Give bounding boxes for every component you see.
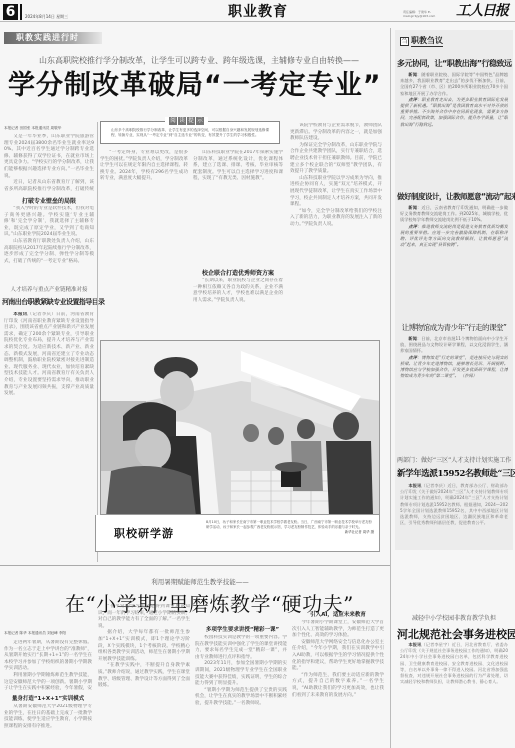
reading-digest-box: 阅 读 提 示 山东多个高职院校推行学分制改革，让学生有更多的选择空间，可以根据… xyxy=(100,121,280,144)
cooking-class-photo xyxy=(101,341,380,515)
dateline: 本报讯 xyxy=(13,312,27,317)
paragraph: “暑期小学期为师范生提供了宝贵的实践机会，让学生在真实的教学场景中不断积累经验，… xyxy=(195,688,287,708)
sidebar-label: 职教刍议 xyxy=(411,36,443,47)
paragraph: 山东科技职业学院以学习成果为导向，推进校企协同育人，实施“双元”培养模式，开展现… xyxy=(290,176,382,209)
digest-char: 阅 xyxy=(169,117,177,125)
bottom-col3: 校园科技实训是教学的一项重要内容。学院在教学技能实训中强化了学生的课堂讲授能力，… xyxy=(195,635,287,748)
paragraph: “在教学实践中，不断提升自身教学素质。”教师介绍说，通过教学实践，学生在课堂教学… xyxy=(98,663,190,689)
right1-headline: 新学年选派15952名教师赴“三区” xyxy=(397,467,511,479)
section-title: 职业教育 xyxy=(228,4,288,20)
comment-label: 点评 xyxy=(408,224,417,229)
paragraph: “如今，完全学分制改革给我们的学校注入了新的活力，为职业教育的发展注入了新的动力… xyxy=(290,209,382,229)
paragraph: 为保证完全学分制改革，山东职业学院与合作企业共建教学团队，实行专兼职结合，选聘企… xyxy=(290,143,382,176)
sidebar-header: 刍 职教刍议 xyxy=(400,36,443,47)
paragraph: 据介绍，大学每年都有一批师范生参加“1+X+1”实训模式，即1个理论学习阶段，X… xyxy=(98,630,190,663)
paragraph: 利用暑期小学期锤炼师范生教学技能，这是安徽师范大学的一项创新。暑期小学期子让学生… xyxy=(4,673,92,690)
sidebar-credit: （沙闻） xyxy=(460,373,477,378)
paragraph: （记者李庆）近日，教育部办公厅、财政部办公厅印发《关于做好2024年“三区”人才… xyxy=(400,483,508,525)
paragraph: ：博物馆是“行走的课堂”，是连接历史与现实的桥梁。让青少年走进博物馆，能够增长见… xyxy=(400,355,508,379)
bottom-subhead-1: 量身打造“1+X+1”实训模式 xyxy=(4,694,92,702)
sidebar-item-2-body: 新闻：近日，云南省教育厅印发通知，明确进一步做好义务教育教师交流轮岗工作。到20… xyxy=(400,205,508,315)
page-number-bar xyxy=(20,4,22,20)
column-divider xyxy=(97,122,98,562)
paragraph: 今年暑期小学期课堂上，安徽师范大学首次引入人工智能辅助教学，为师范生打造了更加个… xyxy=(292,620,384,640)
sidebar-item-1-body: 新闻：随着职业院校、国际学院等“中国特色”品牌越来越多，我国职业教育“走出去”的… xyxy=(400,72,508,184)
dateline: 本报讯 xyxy=(408,483,421,488)
paragraph: （记者李庆）日前，河南省教育厅印发《河南省职业教育紧缺专业设置指导目录》，围绕该… xyxy=(4,312,94,396)
masthead-logo: 工人日报 xyxy=(456,3,508,19)
right2-headline: 河北规范社会事务进校园 xyxy=(397,626,511,642)
right1-kicker: 两部门：做好“三区”人才支持计划实施工作 xyxy=(397,455,511,464)
sidebar-item-3-body: 新闻：日前，北京市首批11个博物馆面向中小学生开放，围绕展品与文物设计研学课程，… xyxy=(400,336,508,444)
main-col2-top: “一考定终身，专业难以更改，是很多学生的困扰。”学院负责人介绍，学分制改革让学生… xyxy=(100,150,188,280)
paragraph: ：推进教师交流轮岗是促进义务教育优质均衡发展的重要举措。应进一步完善激励保障机制… xyxy=(400,224,508,248)
main-subhead-2: 校企联合打造优秀师资方案 xyxy=(193,268,283,277)
section-banner-label: 职教实践进行时 xyxy=(16,33,79,43)
paragraph: 校园科技实训是教学的一项重要内容。学院在教学技能实训中强化了学生的课堂讲授能力，… xyxy=(195,635,287,661)
paragraph: 近日，记者从山东省教育厅了解到，该省多所高职院校推行学分制改革，打破传统教学模式… xyxy=(4,180,94,192)
right1-body: 本报讯（记者李庆）近日，教育部办公厅、财政部办公厅印发《关于做好2024年“三区… xyxy=(400,483,508,583)
bottom-subhead-2: 多项学生要求讲授“精彩一课” xyxy=(195,625,290,633)
main-headline: 学分制改革破局“一考定专业” xyxy=(8,70,388,102)
section-banner: 职教实践进行时 xyxy=(4,32,102,44)
digest-char: 示 xyxy=(196,117,204,125)
paragraph: ：近日，云南省教育厅印发通知，明确进一步做好义务教育教师交流轮岗工作。到2025… xyxy=(400,205,508,222)
page-header: 6 2024年8月14日 星期三 职业教育 责任编辑：于建华 E-mail:gr… xyxy=(0,0,515,22)
paragraph: 山东省教育厅职教处负责人介绍，山东高职院校从2017年起陆续推行学分制改革，逐步… xyxy=(4,239,94,265)
main-col3-top: 山东科技职业学院在2017年探索实施学分制改革，通过系统化设计，优化课程体系，建… xyxy=(193,150,283,250)
caption-text: 8月10日，孩子和家长在南宁市第一职业技术学校学做老友粉。当日，广西南宁市第一职… xyxy=(206,520,372,529)
henan-headline: 河南出台职教紧缺专业设置指导目录 xyxy=(2,297,97,307)
column-logo-icon: 刍 xyxy=(400,37,409,46)
paragraph: （记者李星宇）近日，河北省教育厅、省委办公厅印发《关于规范社会事务进校园工作的通… xyxy=(400,642,508,684)
digest-char: 读 xyxy=(178,117,186,125)
dateline: 本报讯 xyxy=(408,642,421,647)
reading-digest-label: 阅 读 提 示 xyxy=(165,117,208,125)
henan-kicker: 人才培养与重点产业链精准对接 xyxy=(4,285,94,293)
sidebar-headline-1: 多元协同，让“职教出海”行稳致远 xyxy=(397,58,511,69)
news-photo xyxy=(100,340,380,515)
henan-body: 本报讯（记者李庆）日前，河南省教育厅印发《河南省职业教育紧缺专业设置指导目录》，… xyxy=(4,312,94,512)
right2-body: 本报讯（记者李星宇）近日，河北省教育厅、省委办公厅印发《关于规范社会事务进校园工… xyxy=(400,642,508,746)
news-label: 新闻 xyxy=(408,336,417,341)
paragraph: 又是一年毕业季，山东职业学院旅游管理专业2024届3800余名毕业生就业率达90… xyxy=(4,134,94,180)
main-col1-top: 又是一年毕业季，山东职业学院旅游管理专业2024届3800余名毕业生就业率达90… xyxy=(4,134,94,192)
paragraph: 从暑期安徽师范大学2021级物理学专业的学生，在往日的基础上完成了一批教学技能训… xyxy=(4,704,92,730)
main-col4: 该院学校教育与企业需求脱节，教师团队更新滞后。学分制改革的内容之一，就是加强教师… xyxy=(290,123,382,336)
photo-credit: 新华社记者 周华 摄 xyxy=(345,530,374,535)
main-col3-bottom: “长期以来，职业院校与企业之间存在着一种相互依赖又各自为政的关系，企业不满意学校… xyxy=(193,278,283,336)
bottom-subhead-3: 引入AI，适应未来教育 xyxy=(292,610,384,618)
sidebar-headline-2: 做好制度设计，让教师愿意“流动”起来 xyxy=(397,191,511,202)
photo-caption: 8月10日，孩子和家长在南宁市第一职业技术学校学做老友粉。当日，广西南宁市第一职… xyxy=(206,520,374,536)
photo-title: 职校研学游 xyxy=(114,527,174,540)
comment-label: 点评 xyxy=(408,355,417,360)
paragraph: 2023年11月，参加全国暑期小学期的实训期间，2021级物理学专业学生在全国职… xyxy=(195,661,287,687)
sidebar-divider xyxy=(390,28,391,748)
page-number: 6 xyxy=(3,4,18,20)
main-subhead-1: 打破专业壁垒的局限 xyxy=(4,196,94,205)
bottom-kicker: 利用暑期赋能师范生教学技能—— xyxy=(100,577,300,586)
paragraph: 山东科技职业学院在2017年探索实施学分制改革，通过系统化设计，优化课程体系，建… xyxy=(193,150,283,183)
paragraph: “作为师范生，我们要主动适应新的教学方式，提升自己的数字素养。”一名学生说，“A… xyxy=(292,673,384,699)
paragraph: ：随着职业院校、国际学院等“中国特色”品牌越来越多，我国职业教育“走出去”的步伐… xyxy=(400,72,508,96)
paragraph: 该院学校教育与企业需求脱节，教师团队更新滞后。学分制改革的内容之一，就是加强教师… xyxy=(290,123,382,143)
paragraph: ：职业教育走出去，为更多职业教育国际化发展提供了新机遇。“职教出海”是我国教育高… xyxy=(400,97,508,127)
paragraph: ：日前，北京市首批11个博物馆面向中小学生开放，围绕展品与文物设计研学课程，以文… xyxy=(400,336,508,353)
bottom-byline: 本报记者 陈华 本报通讯员 刘冠峰 李阳 xyxy=(4,631,66,636)
section-divider xyxy=(0,565,390,566)
comment-label: 点评 xyxy=(408,97,417,102)
main-kicker: 山东高职院校推行学分制改革，让学生可以跨专业、跨年级选课，主辅修专业自由转换—— xyxy=(34,56,364,66)
bottom-col2: “在平常的学习中总是得到课堂理论知识，而一年的学习结束，通过小学期的实训，对自己… xyxy=(98,604,190,748)
bottom-col1-top: 走进两年暑期，从暑期没有完整休假。作为一名立志于走上中学讲台的“准教师”，从暑期… xyxy=(4,640,92,690)
issue-date: 2024年8月14日 星期三 xyxy=(25,14,68,20)
editor-meta: 责任编辑：于建华 E-mail:grrbjy@163.com xyxy=(403,10,448,18)
news-label: 新闻 xyxy=(408,205,417,210)
paragraph: “在平常的学习中总是得到课堂理论知识，而一年的学习结束，通过小学期的实训，对自己… xyxy=(98,604,190,630)
newspaper-page: 6 2024年8月14日 星期三 职业教育 责任编辑：于建华 E-mail:gr… xyxy=(0,0,515,748)
bottom-col1-bottom: 从暑期安徽师范大学2021级物理学专业的学生，在往日的基础上完成了一批教学技能训… xyxy=(4,704,92,748)
bottom-col4: 今年暑期小学期课堂上，安徽师范大学首次引入人工智能辅助教学，为师范生打造了更加个… xyxy=(292,620,384,748)
main-byline: 本报记者 田国垒 本报通讯员 周敬华 xyxy=(4,126,61,131)
paragraph: “长期以来，职业院校与企业之间存在着一种相互依赖又各自为政的关系，企业不满意学校… xyxy=(193,278,283,304)
paragraph: 安徽师范大学网络安全与信息化办公室主任介绍，“今年小学期，我们在实训教学中引入A… xyxy=(292,640,384,673)
paragraph: “一考定终身，专业难以更改，是很多学生的困扰。”学院负责人介绍，学分制改革让学生… xyxy=(100,150,188,183)
digest-char: 提 xyxy=(187,117,195,125)
news-label: 新闻 xyxy=(408,72,417,77)
paragraph: 走进两年暑期，从暑期没有完整休假。作为一名立志于走上中学讲台的“准教师”，从暑期… xyxy=(4,640,92,673)
right2-kicker: 减轻中小学校园非教育教学负担 xyxy=(397,613,511,622)
photo-label-box: 职校研学游 8月10日，孩子和家长在南宁市第一职业技术学校学做老友粉。当日，广西… xyxy=(95,515,380,552)
reading-digest-text: 山东多个高职院校推行学分制改革，让学生有更多的选择空间，可以根据自身兴趣和发展规… xyxy=(111,128,271,138)
sidebar-headline-3: 让博物馆成为青少年“行走的课堂” xyxy=(397,322,511,333)
paragraph: “我入学时的专业是软件技术，但我对电子商务更感兴趣。学校实施‘专业主辅修’和‘完… xyxy=(4,206,94,239)
